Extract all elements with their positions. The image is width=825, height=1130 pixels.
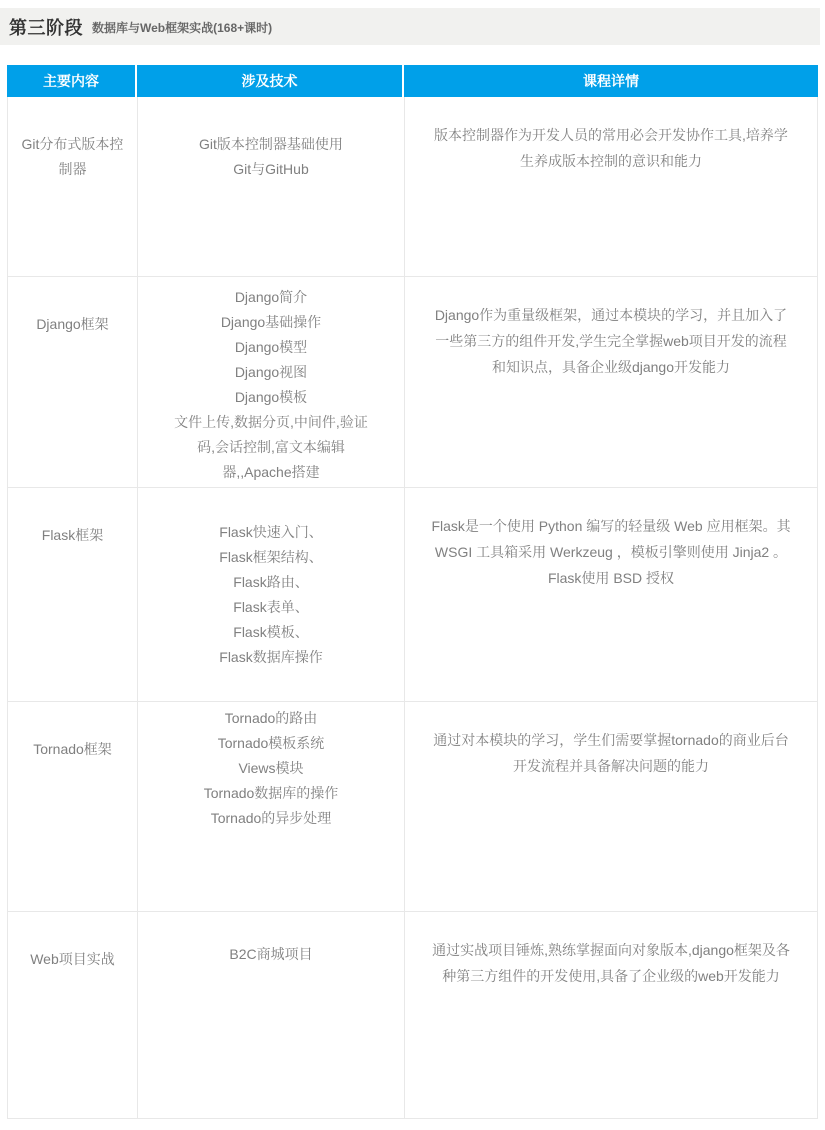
table-header-row: 主要内容 涉及技术 课程详情	[7, 65, 818, 97]
table-row: Web项目实战B2C商城项目通过实战项目锤炼,熟练掌握面向对象版本,django…	[8, 912, 817, 1119]
table-row: Git分布式版本控制器Git版本控制器基础使用Git与GitHub版本控制器作为…	[8, 97, 817, 277]
cell-course-details: 版本控制器作为开发人员的常用必会开发协作工具,培养学生养成版本控制的意识和能力	[405, 97, 817, 276]
tech-line: Flask框架结构、	[150, 545, 392, 570]
tech-line: Flask模板、	[150, 620, 392, 645]
cell-technologies: B2C商城项目	[138, 912, 405, 1118]
header-cell-main-content: 主要内容	[7, 65, 137, 97]
tech-line: Flask快速入门、	[150, 520, 392, 545]
table-row: Tornado框架Tornado的路由Tornado模板系统Views模块Tor…	[8, 702, 817, 912]
table-row: Flask框架Flask快速入门、Flask框架结构、Flask路由、Flask…	[8, 488, 817, 702]
cell-technologies: Flask快速入门、Flask框架结构、Flask路由、Flask表单、Flas…	[138, 488, 405, 701]
stage-subtitle: 数据库与Web框架实战(168+课时)	[92, 17, 272, 36]
cell-course-details: 通过对本模块的学习，学生们需要掌握tornado的商业后台开发流程并具备解决问题…	[405, 702, 817, 911]
cell-course-details: Django作为重量级框架，通过本模块的学习，并且加入了一些第三方的组件开发,学…	[405, 277, 817, 487]
tech-line: Flask表单、	[150, 595, 392, 620]
tech-line: 文件上传,数据分页,中间件,验证	[150, 410, 392, 435]
tech-line: Django模板	[150, 385, 392, 410]
cell-main-content: Git分布式版本控制器	[8, 97, 138, 276]
curriculum-table: 主要内容 涉及技术 课程详情 Git分布式版本控制器Git版本控制器基础使用Gi…	[7, 65, 818, 1119]
cell-technologies: Tornado的路由Tornado模板系统Views模块Tornado数据库的操…	[138, 702, 405, 911]
header-cell-technologies: 涉及技术	[137, 65, 404, 97]
cell-main-content: Django框架	[8, 277, 138, 487]
cell-technologies: Django简介Django基础操作Django模型Django视图Django…	[138, 277, 405, 487]
tech-line: Git与GitHub	[150, 157, 392, 182]
table-row: Django框架Django简介Django基础操作Django模型Django…	[8, 277, 817, 488]
tech-line: Django基础操作	[150, 310, 392, 335]
tech-line: Django简介	[150, 285, 392, 310]
cell-main-content: Tornado框架	[8, 702, 138, 911]
tech-line: Tornado的路由	[150, 706, 392, 731]
tech-line: Git版本控制器基础使用	[150, 132, 392, 157]
tech-line: Django模型	[150, 335, 392, 360]
cell-course-details: 通过实战项目锤炼,熟练掌握面向对象版本,django框架及各种第三方组件的开发使…	[405, 912, 817, 1118]
cell-course-details: Flask是一个使用 Python 编写的轻量级 Web 应用框架。其 WSGI…	[405, 488, 817, 701]
tech-line: 器,,Apache搭建	[150, 460, 392, 485]
stage-header: 第三阶段 数据库与Web框架实战(168+课时)	[0, 8, 820, 45]
tech-line: Views模块	[150, 756, 392, 781]
tech-line: Flask路由、	[150, 570, 392, 595]
cell-technologies: Git版本控制器基础使用Git与GitHub	[138, 97, 405, 276]
stage-title: 第三阶段	[9, 14, 83, 40]
cell-main-content: Web项目实战	[8, 912, 138, 1118]
table-body: Git分布式版本控制器Git版本控制器基础使用Git与GitHub版本控制器作为…	[7, 97, 818, 1119]
tech-line: B2C商城项目	[150, 942, 392, 967]
cell-main-content: Flask框架	[8, 488, 138, 701]
tech-line: Django视图	[150, 360, 392, 385]
tech-line: Tornado数据库的操作	[150, 781, 392, 806]
tech-line: Tornado的异步处理	[150, 806, 392, 831]
tech-line: Tornado模板系统	[150, 731, 392, 756]
tech-line: 码,会话控制,富文本编辑	[150, 435, 392, 460]
header-cell-course-details: 课程详情	[404, 65, 818, 97]
tech-line: Flask数据库操作	[150, 645, 392, 670]
